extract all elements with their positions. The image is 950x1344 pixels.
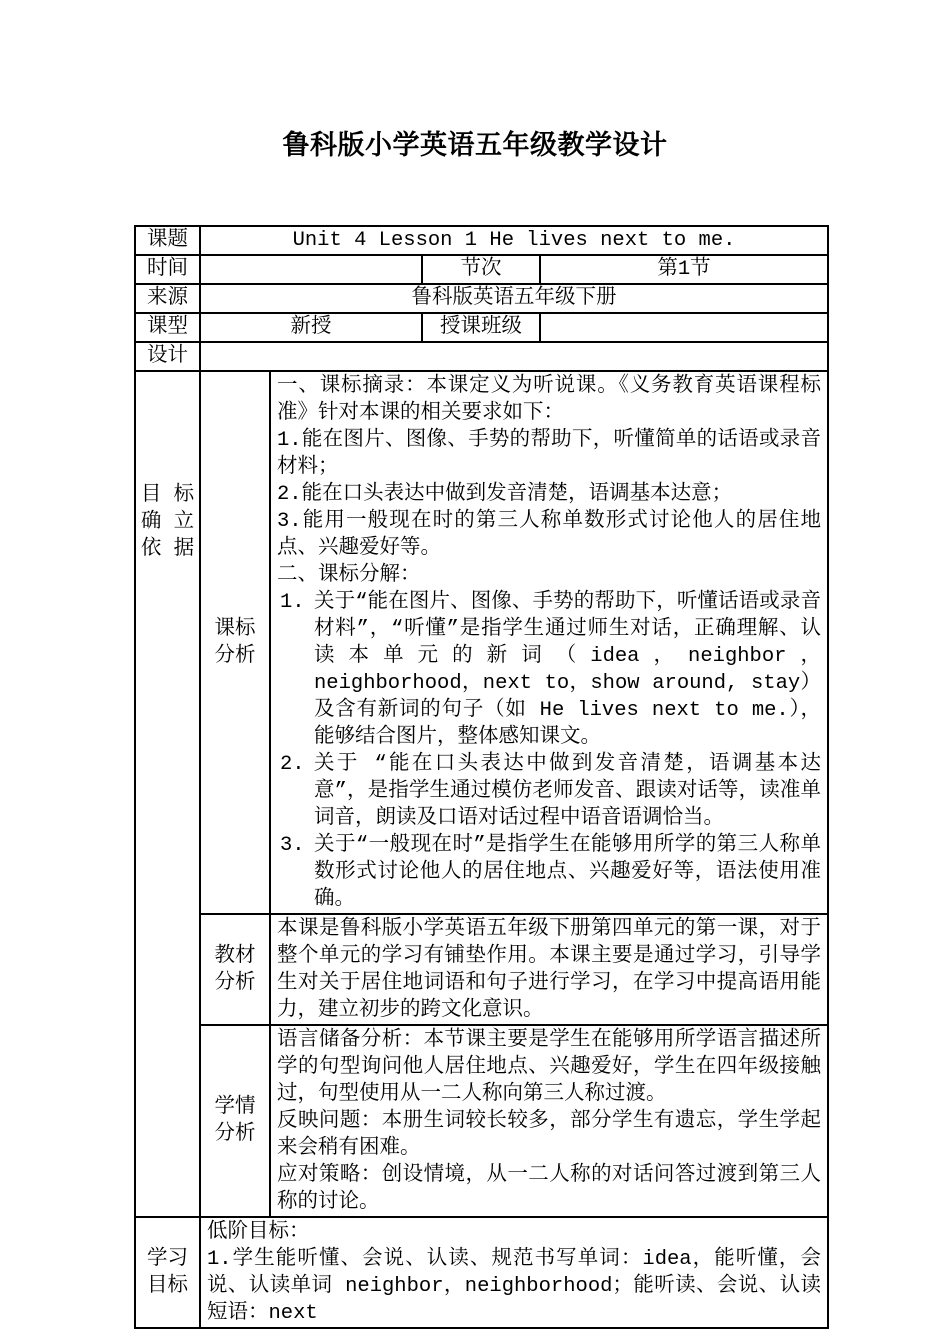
paragraph: 本课是鲁科版小学英语五年级下册第四单元的第一课，对于整个单元的学习有铺垫作用。本…	[277, 916, 821, 1024]
list-item-text: 关于“能在图片、图像、手势的帮助下，听懂话语或录音材料”，“听懂”是指学生通过师…	[314, 589, 821, 751]
list-item-number: 3.	[277, 832, 314, 913]
row-learner-analysis: 学情 分析 语言储备分析：本节课主要是学生在能够用所学语言描述所学的句型询问他人…	[135, 1025, 828, 1217]
source-value: 鲁科版英语五年级下册	[200, 284, 828, 313]
row-topic: 课题 Unit 4 Lesson 1 He lives next to me.	[135, 226, 828, 255]
learning-goals-label: 学习 目标	[135, 1217, 200, 1328]
session-label: 节次	[422, 255, 540, 284]
list-item: 2. 关于 “能在口头表达中做到发音清楚，语调基本达意”，是指学生通过模仿老师发…	[277, 751, 821, 832]
paragraph: 2.能在口头表达中做到发音清楚，语调基本达意；	[277, 481, 821, 508]
list-item: 1. 关于“能在图片、图像、手势的帮助下，听懂话语或录音材料”，“听懂”是指学生…	[277, 589, 821, 751]
list-item-number: 2.	[277, 751, 314, 832]
lesson-type-value: 新授	[200, 313, 422, 342]
paragraph: 二、课标分解：	[277, 562, 821, 589]
paragraph: 语言储备分析：本节课主要是学生在能够用所学语言描述所学的句型询问他人居住地点、兴…	[277, 1027, 821, 1108]
list-item-text: 关于“一般现在时”是指学生在能够用所学的第三人称单数形式讨论他人的居住地点、兴趣…	[314, 832, 821, 913]
row-label-source: 来源	[135, 284, 200, 313]
row-lesson-type: 课型 新授 授课班级	[135, 313, 828, 342]
teaching-class-value	[540, 313, 828, 342]
paragraph: 低阶目标：	[207, 1219, 821, 1246]
list-item-number: 1.	[277, 589, 314, 751]
paragraph: 反映问题：本册生词较长较多，部分学生有遗忘，学生学起来会稍有困难。	[277, 1108, 821, 1162]
textbook-analysis-content: 本课是鲁科版小学英语五年级下册第四单元的第一课，对于整个单元的学习有铺垫作用。本…	[270, 914, 828, 1025]
document-page: { "title": "鲁科版小学英语五年级教学设计", "rows": { "…	[0, 0, 950, 1344]
teaching-class-label: 授课班级	[422, 313, 540, 342]
lesson-plan-table: 课题 Unit 4 Lesson 1 He lives next to me. …	[134, 225, 829, 1329]
textbook-analysis-label: 教材 分析	[200, 914, 270, 1025]
design-value	[200, 342, 828, 371]
row-label-time: 时间	[135, 255, 200, 284]
learning-goals-content: 低阶目标： 1.学生能听懂、会说、认读、规范书写单词：idea，能听懂，会说、认…	[200, 1217, 828, 1328]
row-standard-analysis: 目 标 确 立 依 据 课标 分析 一、课标摘录：本课定义为听说课。《义务教育英…	[135, 371, 828, 914]
row-textbook-analysis: 教材 分析 本课是鲁科版小学英语五年级下册第四单元的第一课，对于整个单元的学习有…	[135, 914, 828, 1025]
row-learning-goals: 学习 目标 低阶目标： 1.学生能听懂、会说、认读、规范书写单词：idea，能听…	[135, 1217, 828, 1328]
paragraph: 应对策略：创设情境，从一二人称的对话问答过渡到第三人称的讨论。	[277, 1162, 821, 1216]
paragraph: 3.能用一般现在时的第三人称单数形式讨论他人的居住地点、兴趣爱好等。	[277, 508, 821, 562]
session-value: 第1节	[540, 255, 828, 284]
document-title: 鲁科版小学英语五年级教学设计	[0, 123, 950, 162]
learner-analysis-label: 学情 分析	[200, 1025, 270, 1217]
list-item: 3. 关于“一般现在时”是指学生在能够用所学的第三人称单数形式讨论他人的居住地点…	[277, 832, 821, 913]
standard-analysis-content: 一、课标摘录：本课定义为听说课。《义务教育英语课程标准》针对本课的相关要求如下：…	[270, 371, 828, 914]
row-design: 设计	[135, 342, 828, 371]
row-label-design: 设计	[135, 342, 200, 371]
row-label-lesson-type: 课型	[135, 313, 200, 342]
row-time: 时间 节次 第1节	[135, 255, 828, 284]
topic-value: Unit 4 Lesson 1 He lives next to me.	[200, 226, 828, 255]
paragraph: 1.能在图片、图像、手势的帮助下，听懂简单的话语或录音材料；	[277, 427, 821, 481]
learner-analysis-content: 语言储备分析：本节课主要是学生在能够用所学语言描述所学的句型询问他人居住地点、兴…	[270, 1025, 828, 1217]
paragraph: 一、课标摘录：本课定义为听说课。《义务教育英语课程标准》针对本课的相关要求如下：	[277, 373, 821, 427]
row-label-topic: 课题	[135, 226, 200, 255]
time-value	[200, 255, 422, 284]
list-item-text: 关于 “能在口头表达中做到发音清楚，语调基本达意”，是指学生通过模仿老师发音、跟…	[314, 751, 821, 832]
standard-analysis-label: 课标 分析	[200, 371, 270, 914]
paragraph: 1.学生能听懂、会说、认读、规范书写单词：idea，能听懂，会说、认读单词 ne…	[207, 1246, 821, 1327]
goal-basis-label: 目 标 确 立 依 据	[135, 371, 200, 1217]
row-source: 来源 鲁科版英语五年级下册	[135, 284, 828, 313]
